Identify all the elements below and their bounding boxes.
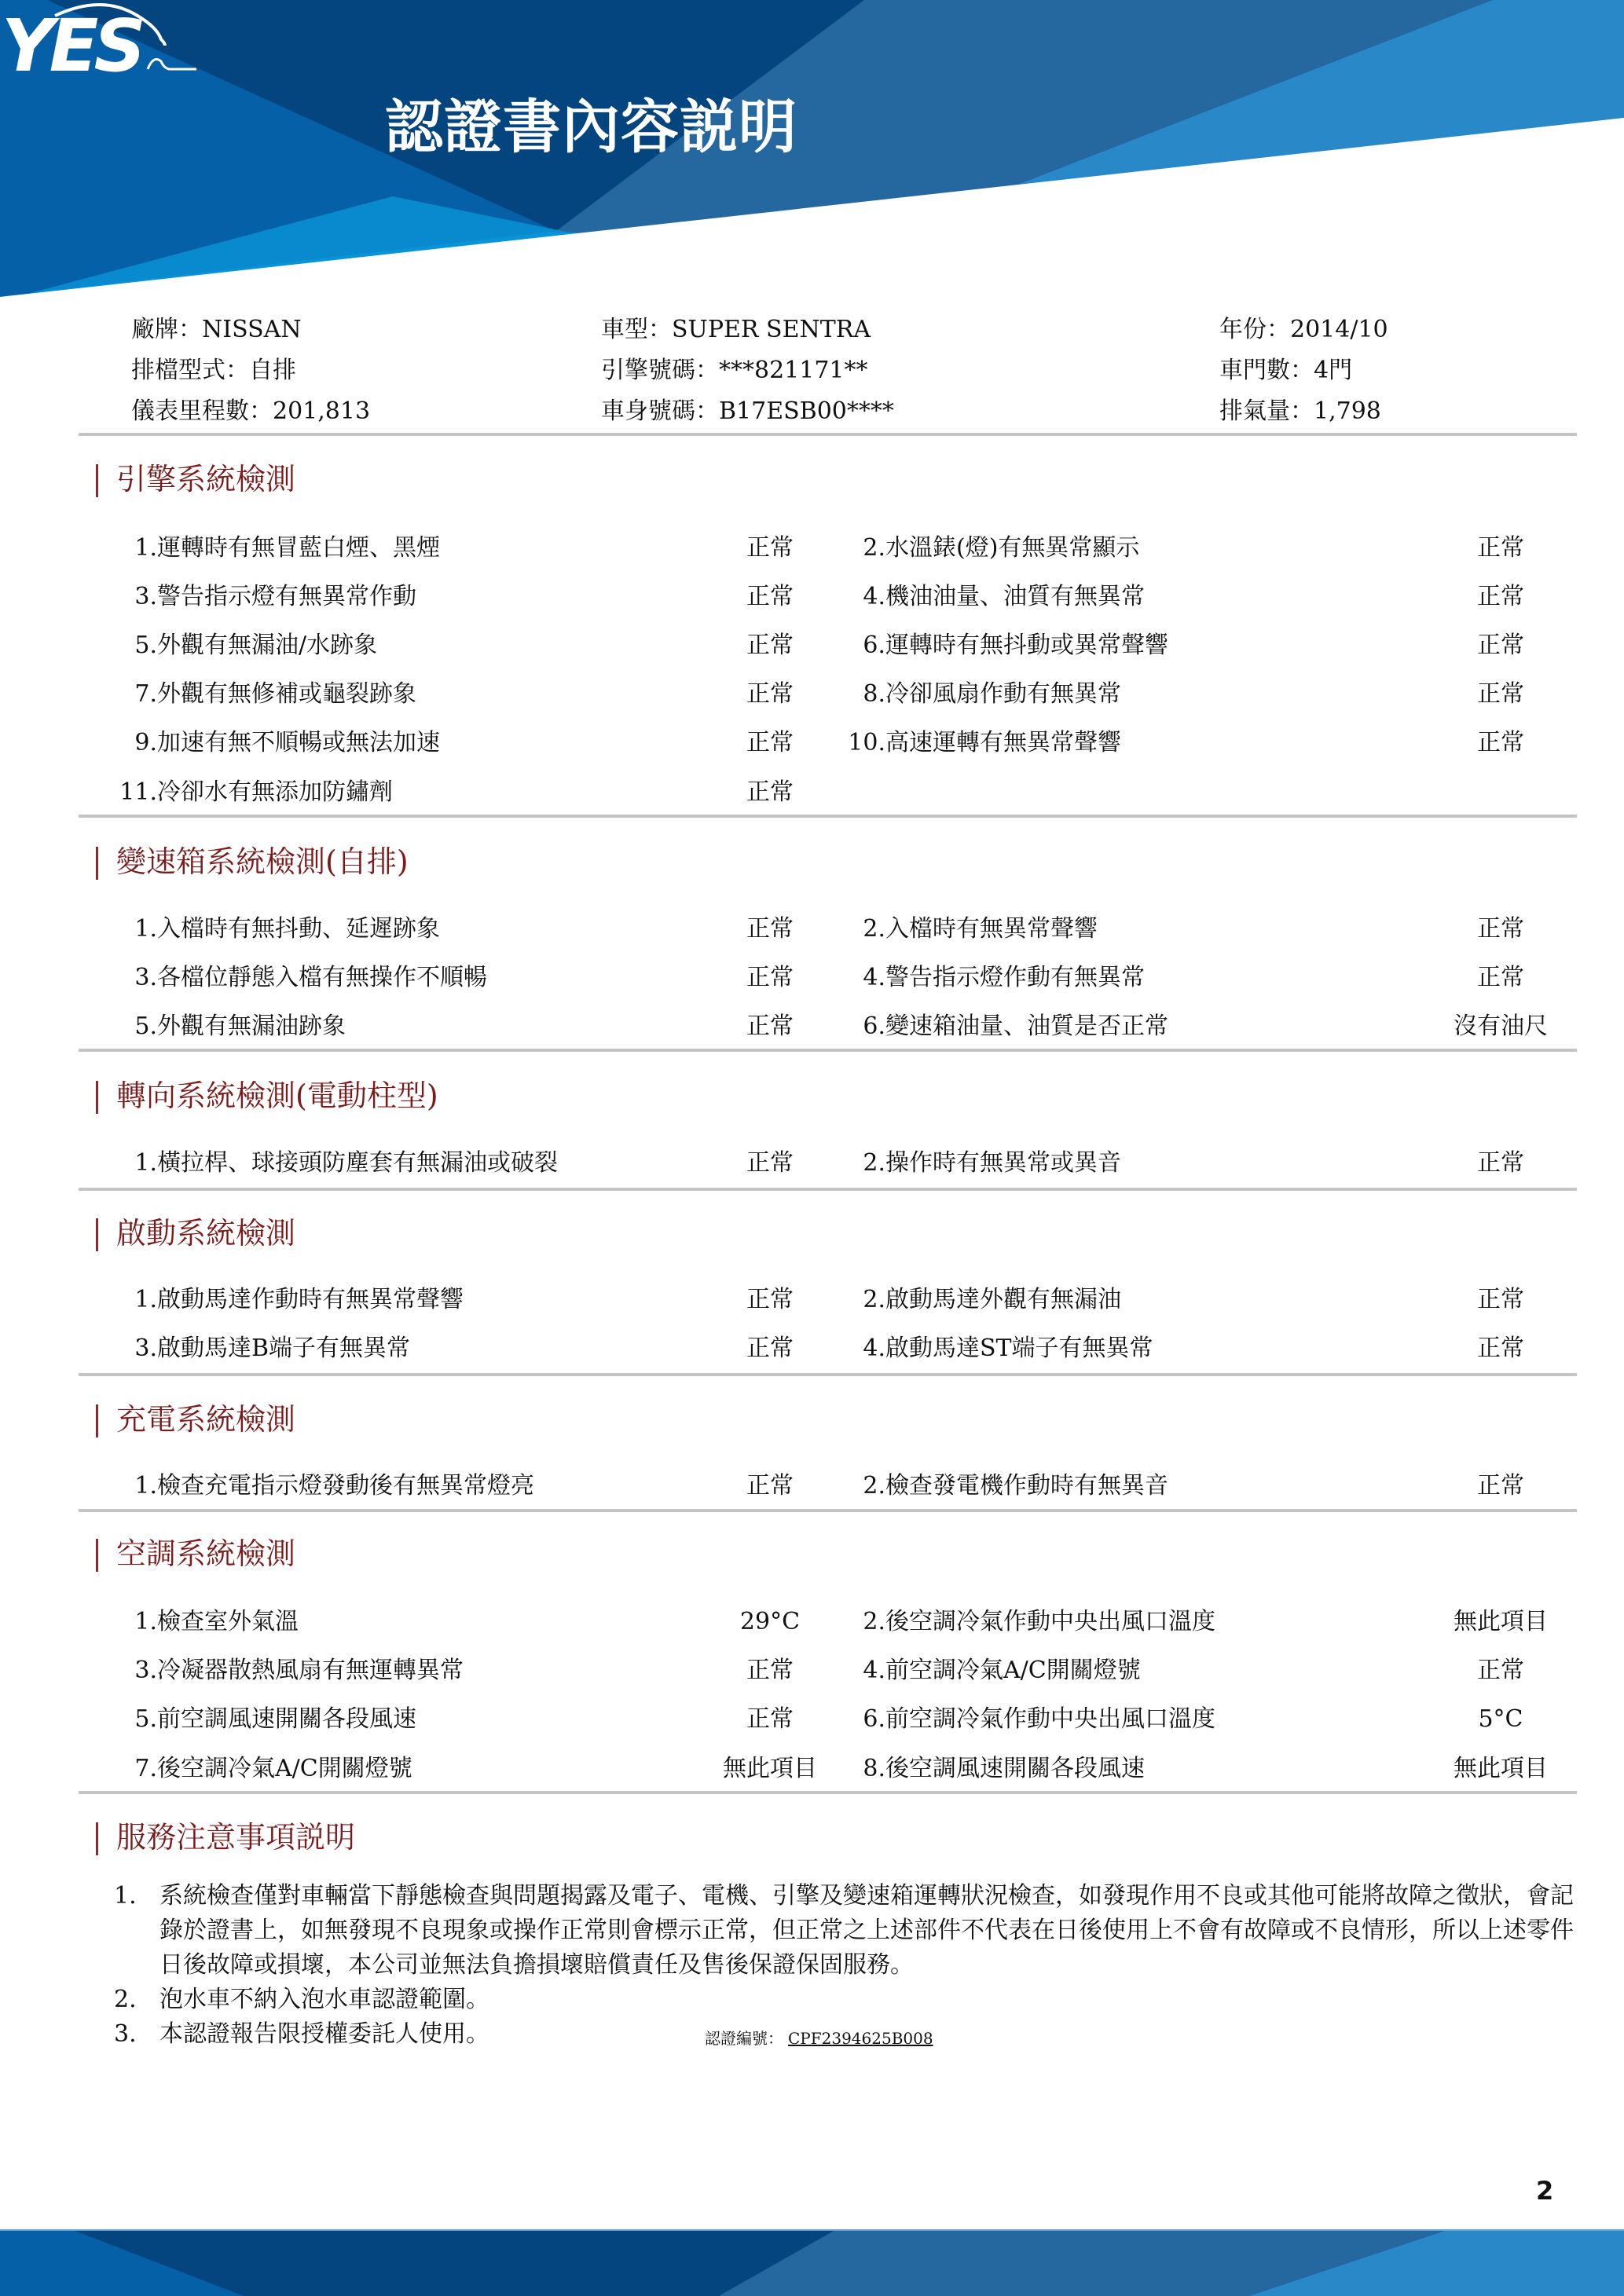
footer-background [0, 2229, 1624, 2296]
page-number: 2 [1536, 2176, 1553, 2206]
check-row: 3.各檔位靜態入檔有無操作不順暢 正常 4.警告指示燈作動有無異常 正常 [0, 958, 1624, 998]
yes-logo-icon: YES [0, 0, 236, 79]
check-item: 5.外觀有無漏油跡象 [116, 1007, 346, 1046]
check-result: 無此項目 [1438, 1749, 1564, 1789]
check-item: 5.前空調風速開關各段風速 [116, 1700, 416, 1739]
divider [79, 1373, 1577, 1376]
check-row: 1.運轉時有無冒藍白煙、黑煙 正常 2.水溫錶(燈)有無異常顯示 正常 [0, 529, 1624, 568]
check-row: 1.檢查充電指示燈發動後有無異常燈亮 正常 2.檢查發電機作動時有無異音 正常 [0, 1467, 1624, 1506]
check-row: 1.啟動馬達作動時有無異常聲響 正常 2.啟動馬達外觀有無漏油 正常 [0, 1280, 1624, 1320]
section-title-charging: 充電系統檢測 [96, 1400, 295, 1439]
divider [79, 1188, 1577, 1191]
check-row: 1.檢查室外氣溫 29°C 2.後空調冷氣作動中央出風口溫度 無此項目 [0, 1602, 1624, 1642]
check-row: 7.外觀有無修補或龜裂跡象 正常 8.冷卻風扇作動有無異常 正常 [0, 675, 1624, 714]
check-item: 5.外觀有無漏油/水跡象 [116, 626, 377, 665]
vehicle-info: 廠牌：NISSAN 車型：SUPER SENTRA 年份：2014/10 排檔型… [131, 313, 1577, 435]
check-row: 9.加速有無不順暢或無法加速 正常 10.高速運轉有無異常聲響 正常 [0, 723, 1624, 763]
check-item: 2.啟動馬達外觀有無漏油 [845, 1280, 1121, 1320]
section-title-transmission: 變速箱系統檢測(自排) [96, 842, 409, 881]
section-title-starter: 啟動系統檢測 [96, 1214, 295, 1253]
banner-background [0, 0, 1624, 298]
check-row: 11.冷卻水有無添加防鏽劑 正常 [0, 773, 1624, 812]
check-result: 正常 [1438, 577, 1564, 617]
check-item: 4.前空調冷氣A/C開關燈號 [845, 1651, 1141, 1690]
check-item: 2.入檔時有無異常聲響 [845, 910, 1098, 949]
check-result: 正常 [1438, 1329, 1564, 1368]
check-result: 正常 [1438, 529, 1564, 568]
check-result: 正常 [723, 773, 817, 812]
check-row: 3.冷凝器散熱風扇有無運轉異常 正常 4.前空調冷氣A/C開關燈號 正常 [0, 1651, 1624, 1690]
check-item: 2.水溫錶(燈)有無異常顯示 [845, 529, 1139, 568]
engine-number-field: 引擎號碼：***821171** [601, 353, 868, 388]
displacement-field: 排氣量：1,798 [1219, 394, 1381, 429]
section-title-engine: 引擎系統檢測 [96, 460, 295, 499]
section-title-steering: 轉向系統檢測(電動柱型) [96, 1076, 438, 1115]
check-item: 4.機油油量、油質有無異常 [845, 577, 1145, 617]
check-item: 7.外觀有無修補或龜裂跡象 [116, 675, 416, 714]
check-result: 正常 [1438, 958, 1564, 998]
footer-banner [0, 2229, 1624, 2296]
note-item: 1. 系統檢查僅對車輛當下靜態檢查與問題揭露及電子、電機、引擎及變速箱運轉狀況檢… [114, 1879, 1583, 1983]
check-row: 5.前空調風速開關各段風速 正常 6.前空調冷氣作動中央出風口溫度 5°C [0, 1700, 1624, 1739]
check-result: 正常 [723, 529, 817, 568]
check-result: 5°C [1438, 1700, 1564, 1739]
model-field: 車型：SUPER SENTRA [601, 313, 871, 347]
check-item: 9.加速有無不順暢或無法加速 [116, 723, 440, 763]
certificate-number-label: 認證編號： [705, 2029, 783, 2048]
check-result: 正常 [723, 1144, 817, 1183]
body-number-field: 車身號碼：B17ESB00**** [601, 394, 894, 429]
divider [79, 433, 1577, 436]
svg-text:YES: YES [2, 4, 142, 79]
check-row: 3.啟動馬達B端子有無異常 正常 4.啟動馬達ST端子有無異常 正常 [0, 1329, 1624, 1368]
check-item: 11.冷卻水有無添加防鏽劑 [116, 773, 393, 812]
check-item: 2.操作時有無異常或異音 [845, 1144, 1121, 1183]
check-result: 29°C [723, 1602, 817, 1642]
check-result: 正常 [723, 1700, 817, 1739]
check-item: 3.啟動馬達B端子有無異常 [116, 1329, 410, 1368]
check-item: 3.各檔位靜態入檔有無操作不順暢 [116, 958, 487, 998]
page-title: 認證書內容説明 [385, 98, 797, 156]
certificate-number: 認證編號：CPF2394625B008 [705, 2027, 938, 2050]
check-result: 正常 [1438, 723, 1564, 763]
check-row: 3.警告指示燈有無異常作動 正常 4.機油油量、油質有無異常 正常 [0, 577, 1624, 617]
divider [79, 1791, 1577, 1794]
check-result: 正常 [1438, 1467, 1564, 1506]
info-row: 儀表里程數：201,813 車身號碼：B17ESB00**** 排氣量：1,79… [131, 394, 1577, 435]
notes-list: 1. 系統檢查僅對車輛當下靜態檢查與問題揭露及電子、電機、引擎及變速箱運轉狀況檢… [114, 1879, 1583, 2052]
divider [79, 1509, 1577, 1512]
transmission-field: 排檔型式：自排 [131, 353, 296, 388]
check-item: 8.後空調風速開關各段風速 [845, 1749, 1145, 1789]
info-row: 廠牌：NISSAN 車型：SUPER SENTRA 年份：2014/10 [131, 313, 1577, 353]
check-result: 正常 [1438, 1651, 1564, 1690]
check-item: 1.運轉時有無冒藍白煙、黑煙 [116, 529, 440, 568]
check-result: 正常 [723, 577, 817, 617]
check-item: 2.後空調冷氣作動中央出風口溫度 [845, 1602, 1215, 1642]
certificate-number-value: CPF2394625B008 [783, 2029, 938, 2048]
check-result: 沒有油尺 [1438, 1007, 1564, 1046]
brand-field: 廠牌：NISSAN [131, 313, 302, 347]
check-item: 4.啟動馬達ST端子有無異常 [845, 1329, 1153, 1368]
divider [79, 1049, 1577, 1052]
check-result: 正常 [723, 1467, 817, 1506]
check-row: 1.入檔時有無抖動、延遲跡象 正常 2.入檔時有無異常聲響 正常 [0, 910, 1624, 949]
check-item: 1.入檔時有無抖動、延遲跡象 [116, 910, 440, 949]
check-result: 正常 [1438, 1144, 1564, 1183]
check-item: 1.檢查充電指示燈發動後有無異常燈亮 [116, 1467, 534, 1506]
check-result: 正常 [723, 723, 817, 763]
doors-field: 車門數：4門 [1219, 353, 1352, 388]
check-result: 正常 [723, 675, 817, 714]
check-result: 正常 [1438, 910, 1564, 949]
check-item: 6.變速箱油量、油質是否正常 [845, 1007, 1168, 1046]
check-item: 1.橫拉桿、球接頭防塵套有無漏油或破裂 [116, 1144, 558, 1183]
check-result: 正常 [723, 1280, 817, 1320]
check-result: 正常 [1438, 1280, 1564, 1320]
check-result: 正常 [723, 1651, 817, 1690]
check-row: 5.外觀有無漏油/水跡象 正常 6.運轉時有無抖動或異常聲響 正常 [0, 626, 1624, 665]
check-row: 5.外觀有無漏油跡象 正常 6.變速箱油量、油質是否正常 沒有油尺 [0, 1007, 1624, 1046]
check-result: 正常 [723, 1007, 817, 1046]
section-title-air-conditioning: 空調系統檢測 [96, 1534, 295, 1573]
check-item: 10.高速運轉有無異常聲響 [845, 723, 1121, 763]
check-item: 7.後空調冷氣A/C開關燈號 [116, 1749, 412, 1789]
check-item: 1.啟動馬達作動時有無異常聲響 [116, 1280, 464, 1320]
check-result: 正常 [1438, 626, 1564, 665]
check-item: 2.檢查發電機作動時有無異音 [845, 1467, 1168, 1506]
check-result: 正常 [723, 626, 817, 665]
section-title-service-notes: 服務注意事項説明 [96, 1818, 355, 1857]
check-item: 4.警告指示燈作動有無異常 [845, 958, 1145, 998]
check-result: 正常 [723, 1329, 817, 1368]
check-item: 6.前空調冷氣作動中央出風口溫度 [845, 1700, 1215, 1739]
check-result: 正常 [723, 910, 817, 949]
check-item: 6.運轉時有無抖動或異常聲響 [845, 626, 1168, 665]
note-item: 2. 泡水車不納入泡水車認證範圍。 [114, 1983, 1583, 2017]
check-item: 3.警告指示燈有無異常作動 [116, 577, 416, 617]
check-result: 正常 [723, 958, 817, 998]
header-banner: YES 認證書內容説明 [0, 0, 1624, 298]
mileage-field: 儀表里程數：201,813 [131, 394, 370, 429]
check-result: 無此項目 [1438, 1602, 1564, 1642]
check-item: 3.冷凝器散熱風扇有無運轉異常 [116, 1651, 464, 1690]
check-item: 8.冷卻風扇作動有無異常 [845, 675, 1121, 714]
check-row: 1.橫拉桿、球接頭防塵套有無漏油或破裂 正常 2.操作時有無異常或異音 正常 [0, 1144, 1624, 1183]
check-result: 無此項目 [723, 1749, 817, 1789]
check-result: 正常 [1438, 675, 1564, 714]
check-row: 7.後空調冷氣A/C開關燈號 無此項目 8.後空調風速開關各段風速 無此項目 [0, 1749, 1624, 1789]
check-item: 1.檢查室外氣溫 [116, 1602, 299, 1642]
info-row: 排檔型式：自排 引擎號碼：***821171** 車門數：4門 [131, 353, 1577, 394]
divider [79, 815, 1577, 818]
year-field: 年份：2014/10 [1219, 313, 1388, 347]
